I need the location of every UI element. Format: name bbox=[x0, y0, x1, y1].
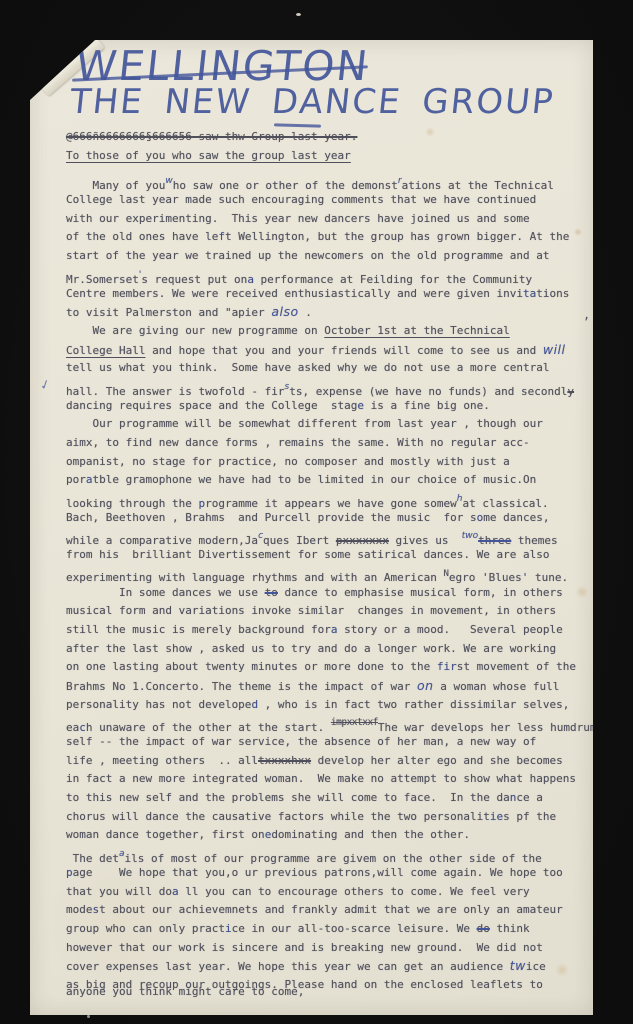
typed-line: however that our work is sincere and is … bbox=[66, 939, 586, 958]
typed-line: after the last show , asked us to try an… bbox=[66, 640, 586, 659]
typed-line: dancing requires space and the College s… bbox=[66, 397, 586, 416]
typed-line: Mr.Somerset's request put ona performanc… bbox=[66, 266, 586, 285]
margin-tick-mark: ✓ bbox=[38, 377, 53, 395]
typed-line: Bach, Beethoven , Brahms and Purcell pro… bbox=[66, 509, 586, 528]
typed-line: page We hope that you,o ur previous patr… bbox=[66, 864, 586, 883]
typed-body: @666ñ6666666§666656 saw thw Group last y… bbox=[66, 128, 586, 1001]
dust-speck bbox=[296, 13, 301, 16]
dust-speck bbox=[87, 1015, 90, 1018]
typed-line: College last year made such encouraging … bbox=[66, 191, 586, 210]
typed-line: to this new self and the problems she wi… bbox=[66, 789, 586, 808]
typed-line: on one lasting about twenty minutes or m… bbox=[66, 658, 586, 677]
margin-comma-mark: , bbox=[583, 308, 590, 322]
typed-line: @666ñ6666666§666656 saw thw Group last y… bbox=[66, 128, 586, 147]
typed-line: Centre members. We were received enthusi… bbox=[66, 285, 586, 304]
typed-line: College Hall and hope that you and your … bbox=[66, 341, 586, 360]
typed-line: poratble gramophone we have had to be li… bbox=[66, 471, 586, 490]
typed-line: experimenting with language rhythms and … bbox=[66, 565, 586, 584]
typed-line: from his brilliant Divertissement for so… bbox=[66, 546, 586, 565]
typed-line: life , meeting others .. alltxxxxhxx dev… bbox=[66, 752, 586, 771]
typed-line: tell us what you think. Some have asked … bbox=[66, 359, 586, 378]
typed-line: to visit Palmerston and "apier also . bbox=[66, 303, 586, 322]
typed-line: aimx, to find new dance forms , remains … bbox=[66, 434, 586, 453]
typed-line: looking through the programme it appears… bbox=[66, 490, 586, 509]
typed-line: Brahms No 1.Concerto. The theme is the i… bbox=[66, 677, 586, 696]
typed-line: in fact a new more integrated woman. We … bbox=[66, 770, 586, 789]
typed-line: The details of most of our programme are… bbox=[66, 845, 586, 864]
typed-line: chorus will dance the causative factors … bbox=[66, 808, 586, 827]
typed-line: We are giving our new programme on Octob… bbox=[66, 322, 586, 341]
typed-line: of the old ones have left Wellington, bu… bbox=[66, 228, 586, 247]
typed-line: still the music is merely background for… bbox=[66, 621, 586, 640]
typed-line: hall. The answer is twofold - firsts, ex… bbox=[66, 378, 586, 397]
typed-line: start of the year we trained up the newc… bbox=[66, 247, 586, 266]
typed-line: modest about our achievemnets and frankl… bbox=[66, 901, 586, 920]
typed-line: Many of youwho saw one or other of the d… bbox=[66, 172, 586, 191]
typed-line: personality has not developed , who is i… bbox=[66, 696, 586, 715]
handwritten-title: THE NEW DANCE GROUP bbox=[68, 82, 557, 122]
typed-line: ompanist, no stage for practice, no comp… bbox=[66, 453, 586, 472]
scan-background: WELLINGTON THE NEW DANCE GROUP @666ñ6666… bbox=[0, 0, 633, 1024]
title-d-underline bbox=[274, 123, 321, 127]
typed-line: group who can only practice in our all-t… bbox=[66, 920, 586, 939]
typed-line: In some dances we use to dance to emphas… bbox=[66, 584, 586, 603]
typed-line: musical form and variations invoke simil… bbox=[66, 602, 586, 621]
typed-line: while a comparative modern,Jacques Ibert… bbox=[66, 527, 586, 546]
typed-line: Our programme will be somewhat different… bbox=[66, 415, 586, 434]
typed-line: woman dance together, first onedominatin… bbox=[66, 826, 586, 845]
typed-line: self -- the impact of war service, the a… bbox=[66, 733, 586, 752]
typed-line: cover expenses last year. We hope this y… bbox=[66, 957, 586, 976]
typed-line: To those of you who saw the group last y… bbox=[66, 147, 586, 166]
typed-line: with our experimenting. This year new da… bbox=[66, 210, 586, 229]
document-page: WELLINGTON THE NEW DANCE GROUP @666ñ6666… bbox=[30, 40, 593, 1015]
typed-line: that you will doa ll you can to encourag… bbox=[66, 883, 586, 902]
typed-line: each unaware of the other at the start. … bbox=[66, 714, 586, 733]
